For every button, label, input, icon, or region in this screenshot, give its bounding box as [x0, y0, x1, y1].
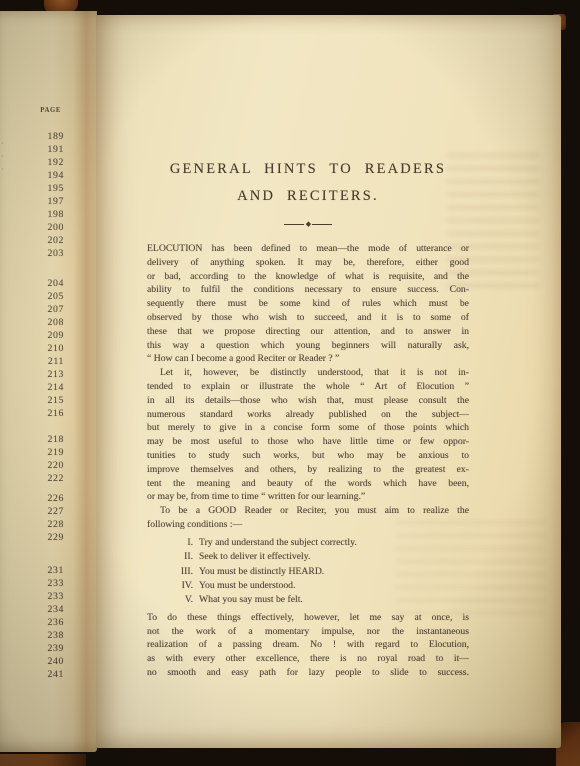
toc-page-number: 216	[0, 407, 64, 420]
contents-page-fore-edge: · · · PAGE 189 191 192 194 195 197 198 2…	[0, 11, 97, 752]
body-line: ability to fulfil the conditions necessa…	[147, 283, 469, 297]
toc-page-number: 241	[0, 668, 64, 681]
body-line: may be most useful to those who have lit…	[147, 435, 469, 449]
book-page: GENERAL HINTS TO READERS AND RECITERS. ◆…	[96, 15, 561, 748]
body-line: this way a question which young beginner…	[147, 339, 469, 353]
body-line: realization of a passing dream. No ! wit…	[147, 638, 469, 652]
toc-page-number: 211	[0, 355, 64, 368]
body-line: but merely to give in a concise form som…	[147, 421, 469, 435]
toc-number-group-2: 204 205 207 208 209 210 211 213 214 215 …	[0, 277, 64, 420]
list-item: IV. You must be understood.	[167, 579, 469, 593]
toc-page-number: 240	[0, 655, 64, 668]
body-line: tended to explain or illustrate the whol…	[147, 380, 469, 394]
list-numeral: IV.	[167, 579, 193, 593]
toc-number-group-1: 189 191 192 194 195 197 198 200 202 203	[0, 130, 64, 260]
body-line: not the work of a momentary impulse, nor…	[147, 625, 469, 639]
body-line: or bad, according to the knowledge of wh…	[147, 270, 469, 284]
body-line: numerous standard works already publishe…	[147, 408, 469, 422]
toc-page-number: 208	[0, 316, 64, 329]
body-line: in all its details—those who wish that, …	[147, 394, 469, 408]
body-line: or may be, from time to time “ written f…	[147, 490, 469, 504]
toc-page-number: 215	[0, 394, 64, 407]
list-numeral: I.	[167, 536, 193, 550]
toc-page-number: 205	[0, 290, 64, 303]
toc-page-number: 220	[0, 459, 64, 472]
body-line: sequently there must be some kind of rul…	[147, 297, 469, 311]
toc-page-number-column: PAGE 189 191 192 194 195 197 198 200 202…	[0, 11, 64, 681]
toc-page-number: 207	[0, 303, 64, 316]
list-numeral: II.	[167, 550, 193, 564]
toc-page-number: 229	[0, 531, 64, 544]
ornament-rule-left	[284, 224, 304, 226]
toc-page-number: 200	[0, 221, 64, 234]
ornament-rule-right	[312, 224, 332, 226]
toc-page-number: 218	[0, 433, 64, 446]
list-item: I. Try and understand the subject correc…	[167, 536, 469, 550]
toc-page-number: 234	[0, 603, 64, 616]
page-column-header: PAGE	[0, 107, 64, 114]
toc-page-number: 194	[0, 169, 64, 182]
list-item: II. Seek to deliver it effectively.	[167, 550, 469, 564]
title-ornament-divider: ◆	[147, 222, 469, 227]
toc-page-number: 226	[0, 492, 64, 505]
body-line: tunities to study such works, but who ma…	[147, 449, 469, 463]
body-line: “ How can I become a good Reciter or Rea…	[147, 352, 469, 366]
toc-number-group-5: 231 233 233 234 236 238 239 240 241	[0, 564, 64, 681]
toc-page-number: 222	[0, 472, 64, 485]
toc-page-number: 238	[0, 629, 64, 642]
list-item: V. What you say must be felt.	[167, 593, 469, 607]
list-text: Try and understand the subject correctly…	[199, 536, 357, 550]
page-text-column: GENERAL HINTS TO READERS AND RECITERS. ◆…	[147, 15, 469, 680]
toc-page-number: 214	[0, 381, 64, 394]
toc-page-number: 191	[0, 143, 64, 156]
toc-page-number: 233	[0, 577, 64, 590]
list-text: Seek to deliver it effectively.	[199, 550, 310, 564]
diamond-ornament-icon: ◆	[306, 222, 310, 227]
body-line: improve themselves and others, by realiz…	[147, 463, 469, 477]
toc-page-number: 239	[0, 642, 64, 655]
toc-page-number: 198	[0, 208, 64, 221]
body-line: observed by those who wish to succeed, a…	[147, 311, 469, 325]
body-line: no smooth and easy path for lazy people …	[147, 666, 469, 680]
body-line: as with every other excellence, there is…	[147, 652, 469, 666]
toc-page-number: 204	[0, 277, 64, 290]
toc-page-number: 233	[0, 590, 64, 603]
body-line: To be a GOOD Reader or Reciter, you must…	[147, 504, 469, 518]
toc-page-number: 213	[0, 368, 64, 381]
list-numeral: III.	[167, 565, 193, 579]
body-text: ELOCUTION has been defined to mean—the m…	[147, 242, 469, 680]
list-text: You must be understood.	[199, 579, 295, 593]
toc-page-number: 228	[0, 518, 64, 531]
body-line: delivery of anything spoken. It may be, …	[147, 256, 469, 270]
toc-page-number: 219	[0, 446, 64, 459]
toc-page-number: 202	[0, 234, 64, 247]
body-line: Let it, however, be distinctly understoo…	[147, 366, 469, 380]
page-title-line1: GENERAL HINTS TO READERS	[147, 161, 469, 178]
conditions-list: I. Try and understand the subject correc…	[167, 536, 469, 608]
toc-page-number: 192	[0, 156, 64, 169]
toc-number-group-3: 218 219 220 222	[0, 433, 64, 485]
toc-page-number: 189	[0, 130, 64, 143]
toc-page-number: 197	[0, 195, 64, 208]
toc-page-number: 236	[0, 616, 64, 629]
toc-number-group-4: 226 227 228 229	[0, 492, 64, 544]
page-title-line2: AND RECITERS.	[147, 188, 469, 205]
list-item: III. You must be distinctly HEARD.	[167, 565, 469, 579]
list-text: What you say must be felt.	[199, 593, 303, 607]
body-line: To do these things effectively, however,…	[147, 611, 469, 625]
body-line: ELOCUTION has been defined to mean—the m…	[147, 242, 469, 256]
toc-page-number: 209	[0, 329, 64, 342]
leather-corner-bottom-left	[0, 754, 86, 766]
book-photo: · · · PAGE 189 191 192 194 195 197 198 2…	[0, 0, 580, 766]
list-numeral: V.	[167, 593, 193, 607]
toc-page-number: 210	[0, 342, 64, 355]
body-line: following conditions :—	[147, 518, 469, 532]
list-text: You must be distinctly HEARD.	[199, 565, 324, 579]
body-line: tent the meaning and beauty of the words…	[147, 477, 469, 491]
toc-page-number: 203	[0, 247, 64, 260]
toc-page-number: 231	[0, 564, 64, 577]
body-line: these that we propose directing our atte…	[147, 325, 469, 339]
toc-page-number: 195	[0, 182, 64, 195]
toc-page-number: 227	[0, 505, 64, 518]
